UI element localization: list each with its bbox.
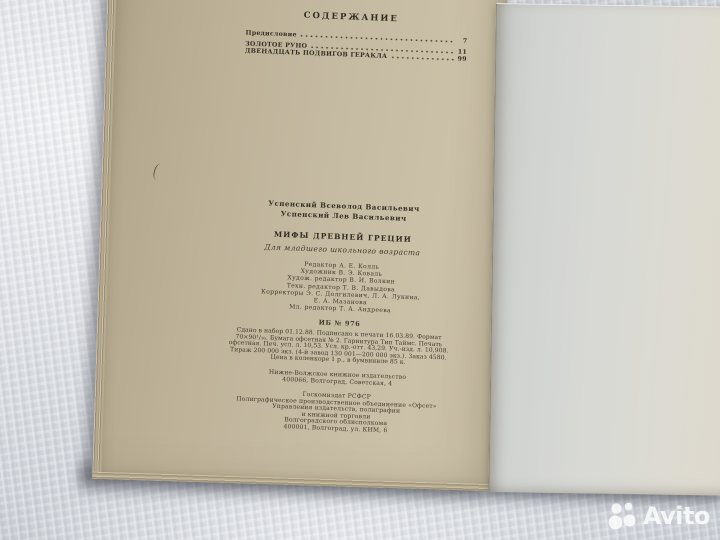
avito-logo-icon [608,501,638,531]
imprint-block: Сдано в набор 01.12.88. Подписано к печа… [179,325,498,370]
page-flaw-mark [152,163,165,182]
dot-leader [301,34,456,44]
contents-heading: СОДЕРЖАНИЕ [192,6,510,28]
toc-page-number: 99 [457,56,466,63]
dot-leader [391,55,454,61]
toc-label: Предисловие [245,29,296,38]
toc-page-number: 7 [458,38,467,45]
avito-watermark: Avito [608,501,710,531]
book-right-page [488,3,720,496]
colophon-text: СОДЕРЖАНИЕ Предисловие 7 ЗОЛОТОЕ РУНО 11… [174,0,511,492]
printing-house-block: Госкомиздат РСФСР Полиграфическое произв… [176,387,495,439]
book-left-page: СОДЕРЖАНИЕ Предисловие 7 ЗОЛОТОЕ РУНО 11… [92,0,508,491]
avito-wordmark: Avito [643,504,710,528]
authors: Успенский Всеволод Васильевич Успенский … [185,195,504,227]
table-of-contents: Предисловие 7 ЗОЛОТОЕ РУНО 11 ДВЕНАДЦАТЬ… [191,27,510,64]
page-fore-edge-left [92,0,117,479]
credits-block: Редактор А. Е. Колль Художник В. Э. Кова… [181,256,501,319]
marketplace-photo: СОДЕРЖАНИЕ Предисловие 7 ЗОЛОТОЕ РУНО 11… [0,0,720,540]
